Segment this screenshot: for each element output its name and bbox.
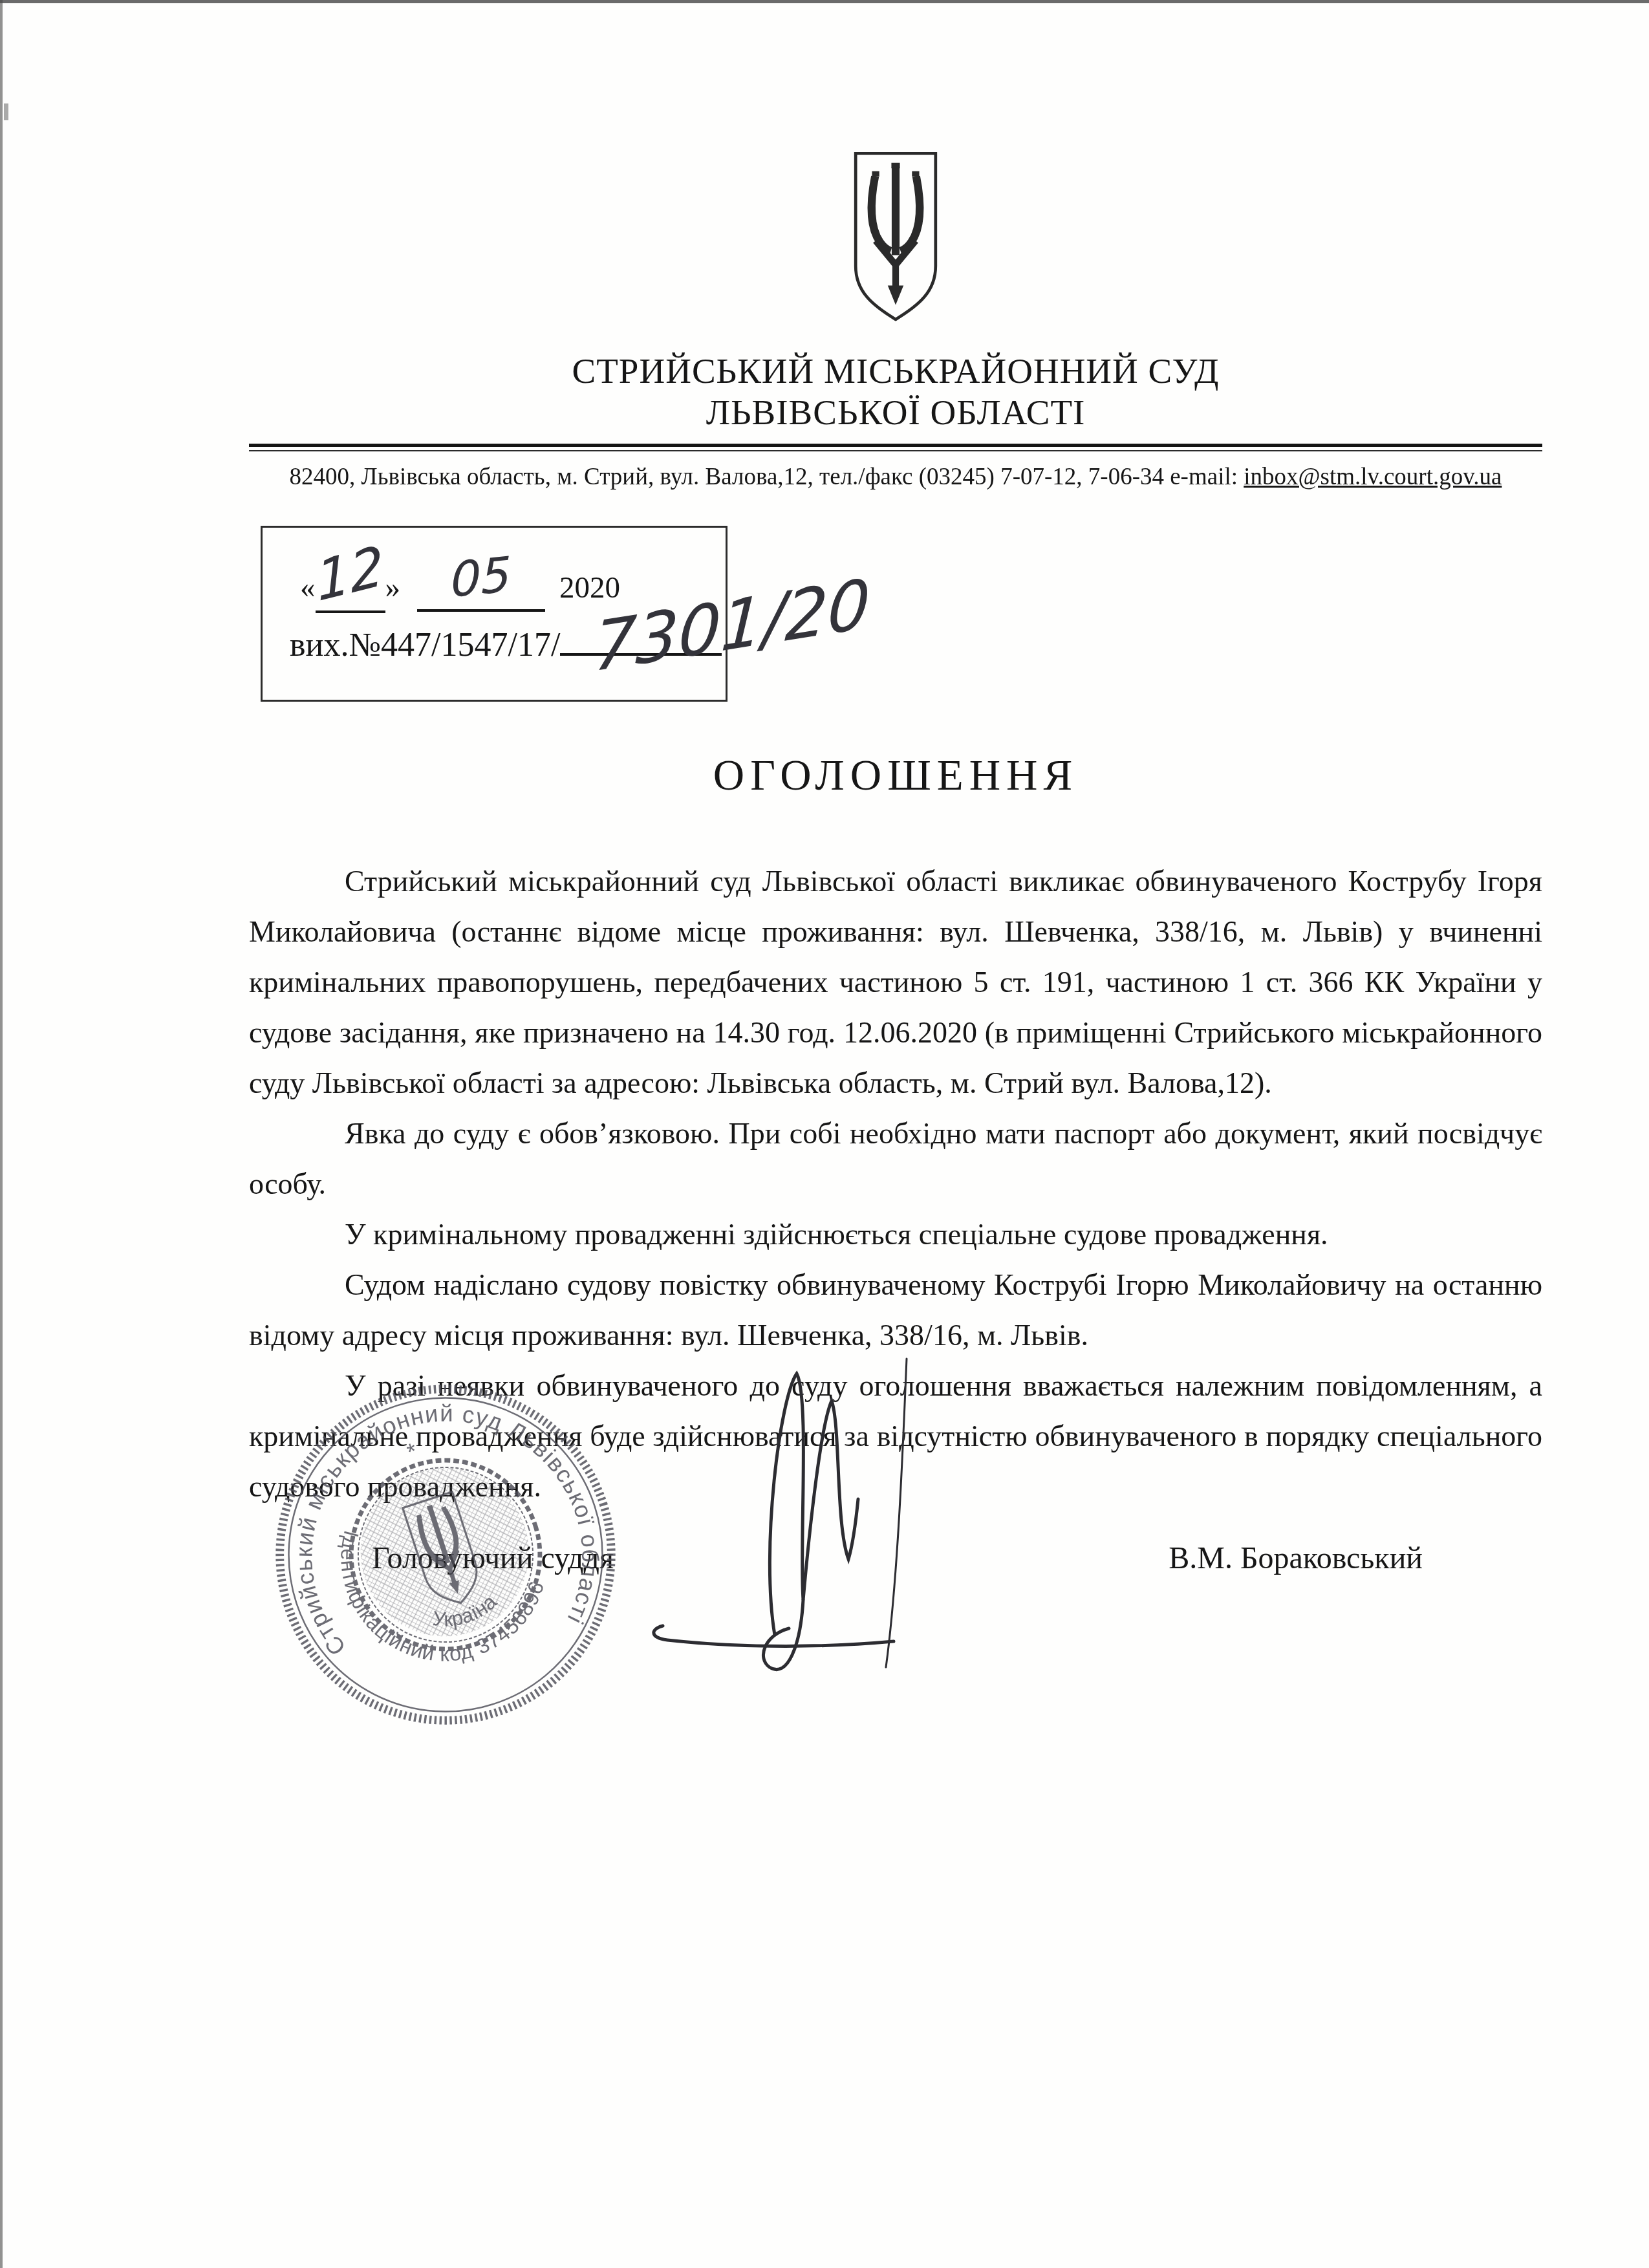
scan-artifact [4, 103, 8, 120]
handwritten-month: 05 [451, 546, 512, 609]
reference-number-line: вих.№447/1547/17/7301/20 [290, 626, 722, 664]
letterhead-address: 82400, Львівська область, м. Стрий, вул.… [249, 463, 1542, 491]
letterhead-court-name: СТРИЙСЬКИЙ МІСЬКРАЙОННИЙ СУД ЛЬВІВСЬКОЇ … [249, 351, 1542, 433]
scan-artifact [0, 0, 3, 2268]
stamp-separator-star: * [404, 1438, 420, 1465]
court-email: inbox@stm.lv.court.gov.ua [1244, 464, 1502, 490]
month-slot: 05 [417, 554, 545, 612]
date-line: «12»052020 [300, 547, 620, 613]
handwritten-day: 12 [314, 533, 386, 614]
quote-open: « [300, 571, 316, 605]
document-title: ОГОЛОШЕННЯ [249, 751, 1542, 801]
court-stamp: Стрийський міськрайонний суд Львівської … [267, 1376, 624, 1733]
judge-signature [614, 1336, 1002, 1707]
quote-close: » [385, 571, 401, 605]
paragraph: Стрийський міськрайонний суд Львівської … [249, 856, 1542, 1108]
ukraine-trident-emblem-icon [847, 146, 944, 328]
handwritten-ref-number: 7301/20 [592, 563, 872, 687]
letterhead-rule [249, 444, 1542, 451]
ref-slot: 7301/20 [560, 653, 722, 656]
court-name-line2: ЛЬВІВСЬКОЇ ОБЛАСТІ [249, 392, 1542, 433]
day-slot: 12 [316, 547, 385, 613]
emblem-block [249, 146, 1542, 331]
date-reference-box: «12»052020 вих.№447/1547/17/7301/20 [261, 526, 727, 702]
court-name-line1: СТРИЙСЬКИЙ МІСЬКРАЙОННИЙ СУД [249, 351, 1542, 392]
judge-name: В.М. Бораковський [1169, 1540, 1423, 1576]
year-text: 2020 [559, 571, 620, 605]
address-text: 82400, Львівська область, м. Стрий, вул.… [290, 464, 1244, 490]
scanned-court-document: СТРИЙСЬКИЙ МІСЬКРАЙОННИЙ СУД ЛЬВІВСЬКОЇ … [0, 0, 1649, 2268]
paragraph: Явка до суду є обов’язковою. При собі не… [249, 1108, 1542, 1209]
paragraph: У кримінальному провадженні здійснюється… [249, 1209, 1542, 1260]
ref-prefix: вих.№447/1547/17/ [290, 627, 560, 664]
